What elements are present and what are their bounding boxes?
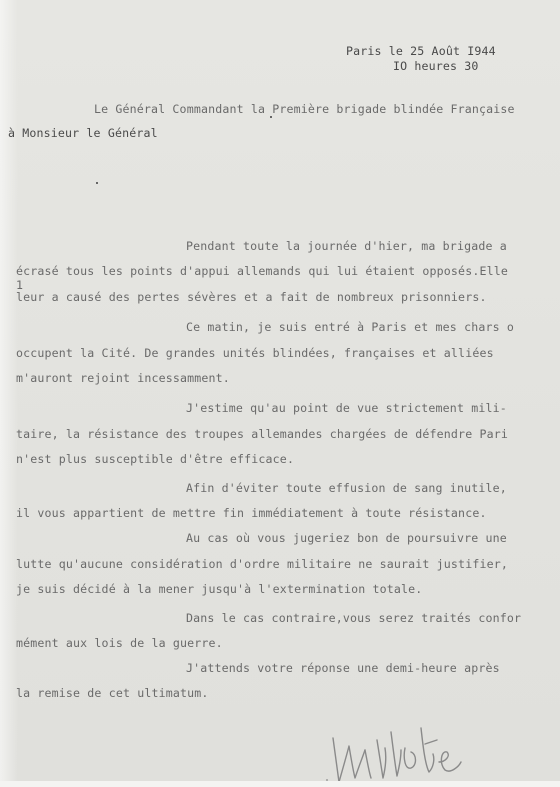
ink-speck: [270, 116, 272, 118]
paragraph-5-line-3: je suis décidé à la mener jusqu'à l'exte…: [16, 582, 422, 596]
paragraph-5-line-2: lutte qu'aucune considération d'ordre mi…: [16, 557, 508, 571]
paragraph-1-line-2: écrasé tous les points d'appui allemands…: [16, 264, 508, 278]
handwritten-signature: [325, 718, 465, 787]
paragraph-3-line-1: J'estime qu'au point de vue strictement …: [186, 401, 507, 415]
paragraph-1-line-3: leur a causé des pertes sévères et a fai…: [16, 290, 487, 304]
recipient-line: à Monsieur le Général: [8, 126, 158, 140]
paragraph-6-line-2: mément aux lois de la guerre.: [16, 636, 223, 650]
paragraph-4-line-1: Afin d'éviter toute effusion de sang inu…: [186, 481, 507, 495]
ink-speck: [96, 182, 98, 184]
paragraph-5-line-1: Au cas où vous jugeriez bon de poursuivr…: [186, 531, 507, 545]
paragraph-2-line-3: m'auront rejoint incessamment.: [16, 371, 230, 385]
sender-line: Le Général Commandant la Première brigad…: [94, 102, 515, 116]
paragraph-2-line-1: Ce matin, je suis entré à Paris et mes c…: [186, 320, 514, 334]
paragraph-6-line-1: Dans le cas contraire,vous serez traités…: [186, 611, 521, 625]
paragraph-4-line-2: il vous appartient de mettre fin immédia…: [16, 506, 487, 520]
time-line: IO heures 30: [393, 59, 479, 73]
paragraph-3-line-3: n'est plus susceptible d'être efficace.: [16, 452, 294, 466]
paragraph-7-line-2: la remise de cet ultimatum.: [16, 686, 209, 700]
date-line: Paris le 25 Août I944: [346, 44, 496, 58]
paragraph-3-line-2: taire, la résistance des troupes alleman…: [16, 427, 508, 441]
typewritten-letter-page: Paris le 25 Août I944 IO heures 30 Le Gé…: [0, 0, 560, 787]
paragraph-2-line-2: occupent la Cité. De grandes unités blin…: [16, 346, 494, 360]
paragraph-7-line-1: J'attends votre réponse une demi-heure a…: [186, 661, 500, 675]
paragraph-1-line-1: Pendant toute la journée d'hier, ma brig…: [186, 239, 507, 253]
